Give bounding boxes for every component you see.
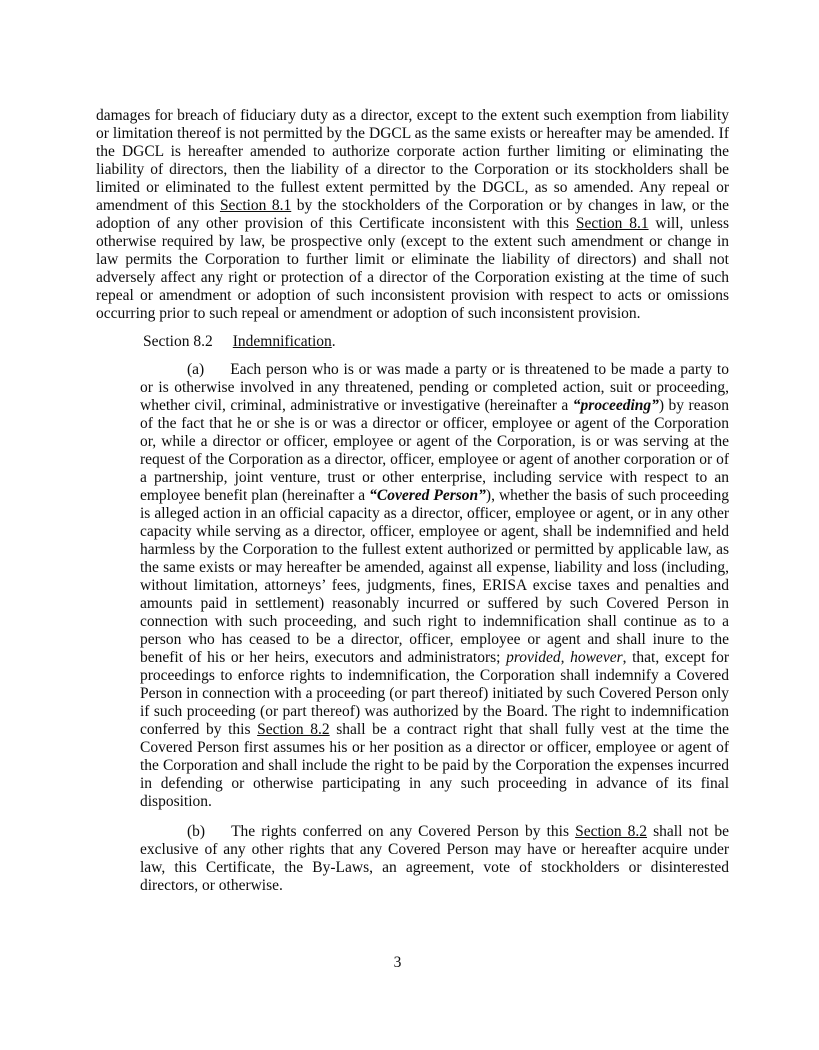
paragraph-section-8-1-continuation: damages for breach of fiduciary duty as … bbox=[96, 107, 729, 323]
page-content: damages for breach of fiduciary duty as … bbox=[96, 107, 729, 895]
paragraph-b-label: (b) bbox=[187, 823, 205, 840]
document-page: damages for breach of fiduciary duty as … bbox=[0, 0, 819, 1050]
paragraph-b-text: The rights conferred on any Covered Pers… bbox=[140, 823, 729, 894]
paragraph-a: (a)Each person who is or was made a part… bbox=[140, 361, 729, 811]
section-title-period: . bbox=[332, 333, 336, 350]
page-number: 3 bbox=[0, 954, 795, 972]
paragraph-a-text: Each person who is or was made a party o… bbox=[140, 361, 729, 810]
section-number: Section 8.2 bbox=[143, 333, 213, 350]
section-8-2-heading: Section 8.2Indemnification. bbox=[143, 333, 729, 351]
section-title: Indemnification. bbox=[233, 333, 336, 350]
section-title-text: Indemnification bbox=[233, 333, 332, 350]
paragraph-b: (b)The rights conferred on any Covered P… bbox=[140, 823, 729, 895]
paragraph-a-label: (a) bbox=[187, 361, 204, 378]
